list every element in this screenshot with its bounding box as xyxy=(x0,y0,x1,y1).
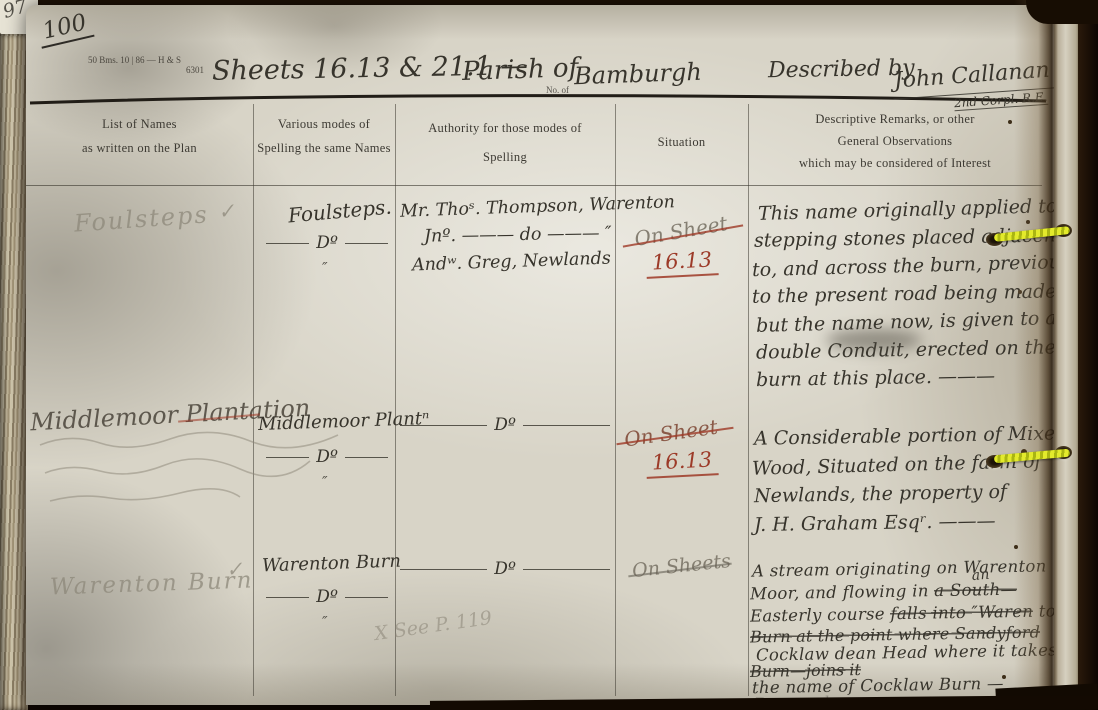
faint-pencil-annotations xyxy=(30,429,350,521)
entry3-plan-name: Warenton Burn xyxy=(50,567,254,600)
spelling-column-header: Various modes of Spelling the same Names xyxy=(253,117,395,165)
entry3-remark-l3a: Easterly course xyxy=(750,604,891,625)
entry3-remark-l2a: Moor, and flowing in xyxy=(750,581,935,603)
entry1-remark-line: burn at this place. ——— xyxy=(756,365,995,391)
entry3-checkmark-icon: ✓ xyxy=(225,556,244,582)
remarks-header-line1: Descriptive Remarks, or other xyxy=(748,112,1042,127)
ink-smudge xyxy=(826,329,922,351)
header-bottom-rule xyxy=(26,185,1042,186)
remarks-column-header: Descriptive Remarks, or other General Ob… xyxy=(748,112,1042,180)
name-book-scan: 97 100 50 Bms. 10 | 86 — H & S 6301 Shee… xyxy=(0,0,1098,710)
register-page: 100 50 Bms. 10 | 86 — H & S 6301 Sheets … xyxy=(26,5,1054,705)
column-divider-2 xyxy=(395,104,396,696)
entry3-remark-l3b-struck: falls into ″Waren xyxy=(890,602,1033,623)
book-edge-shadow xyxy=(1078,0,1098,710)
entry2-sheet-number: 16.13 xyxy=(645,447,718,479)
entry1-remark-line: This name originally applied to xyxy=(758,195,1058,225)
entry2-remark-line: Newlands, the property of xyxy=(754,481,1007,507)
situation-header-line1: Situation xyxy=(615,135,748,150)
entry1-spelling-ditto: Dº xyxy=(266,233,388,253)
entry1-authority-2: Jnº. ——— do ——— ″ xyxy=(424,223,612,246)
entry2-authority-ditto: Dº xyxy=(400,415,610,435)
page-stack-edge xyxy=(0,0,28,710)
entry3-remark-l2c-insert: an xyxy=(971,567,990,585)
top-right-background xyxy=(1026,0,1098,24)
column-divider-3 xyxy=(615,104,616,696)
entry3-ditto-mark: ″ xyxy=(322,613,328,631)
page-number: 100 xyxy=(35,8,94,48)
entry1-checkmark-icon: ✓ xyxy=(216,198,236,224)
entry1-ditto-mark: ″ xyxy=(322,259,328,277)
entry1-spelling: Foulsteps. xyxy=(287,195,392,228)
page-gutter xyxy=(1014,0,1058,710)
authority-header-line1: Authority for those modes of xyxy=(395,121,615,136)
names-header-line2: as written on the Plan xyxy=(26,141,253,156)
entry1-plan-name: Foulsteps xyxy=(73,200,209,237)
entry3-remark-line: Moor, and flowing in a South—an xyxy=(750,580,1018,604)
names-column-header: List of Names as written on the Plan xyxy=(26,117,253,165)
entry2-ditto-text: Dº xyxy=(309,447,345,467)
entry1-authority-1: Mr. Thoˢ. Thompson, Warenton xyxy=(400,192,675,222)
entry2-spelling-ditto: Dº xyxy=(266,447,388,467)
remarks-header-line3: which may be considered of Interest xyxy=(748,156,1042,171)
spelling-header-line1: Various modes of xyxy=(253,117,395,132)
print-code-line1: 50 Bms. 10 | 86 — H & S xyxy=(88,55,204,65)
entry2-remark-line: J. H. Graham Esqʳ. ——— xyxy=(754,510,996,536)
parish-no-print: No. of xyxy=(546,85,569,95)
parish-name: Bamburgh xyxy=(574,58,703,90)
entry2-situation-prefix: On Sheet xyxy=(623,415,719,452)
remarks-header-line2: General Observations xyxy=(748,134,1042,149)
entry3-spelling-ditto: Dº xyxy=(266,587,388,607)
entry3-authority-ditto: Dº xyxy=(400,559,610,579)
entry1-ditto-text: Dº xyxy=(309,233,345,253)
paper-specks xyxy=(1008,120,1012,124)
parish-heading: Parish of xyxy=(462,53,579,87)
entry3-remark-line: A stream originating on Warenton xyxy=(752,556,1047,580)
print-code: 50 Bms. 10 | 86 — H & S 6301 xyxy=(88,55,204,75)
authority-column-header: Authority for those modes of Spelling xyxy=(395,121,615,174)
entry1-authority-3: Andʷ. Greg, Newlands xyxy=(412,249,611,276)
entry3-authority-text: Dº xyxy=(487,559,523,579)
entry3-ditto-text: Dº xyxy=(309,587,345,607)
authority-header-line2: Spelling xyxy=(395,150,615,165)
print-code-line2: 6301 xyxy=(88,65,204,75)
entry2-ditto-mark: ″ xyxy=(322,473,328,491)
column-divider-4 xyxy=(748,104,749,696)
spelling-header-line2: Spelling the same Names xyxy=(253,141,395,156)
entry3-pencil-note: X See P. 119 xyxy=(373,607,493,645)
entry2-authority-text: Dº xyxy=(487,415,523,435)
situation-column-header: Situation xyxy=(615,135,748,159)
entry3-spelling: Warenton Burn xyxy=(262,551,402,577)
names-header-line1: List of Names xyxy=(26,117,253,132)
entry1-sheet-number: 16.13 xyxy=(645,247,718,279)
